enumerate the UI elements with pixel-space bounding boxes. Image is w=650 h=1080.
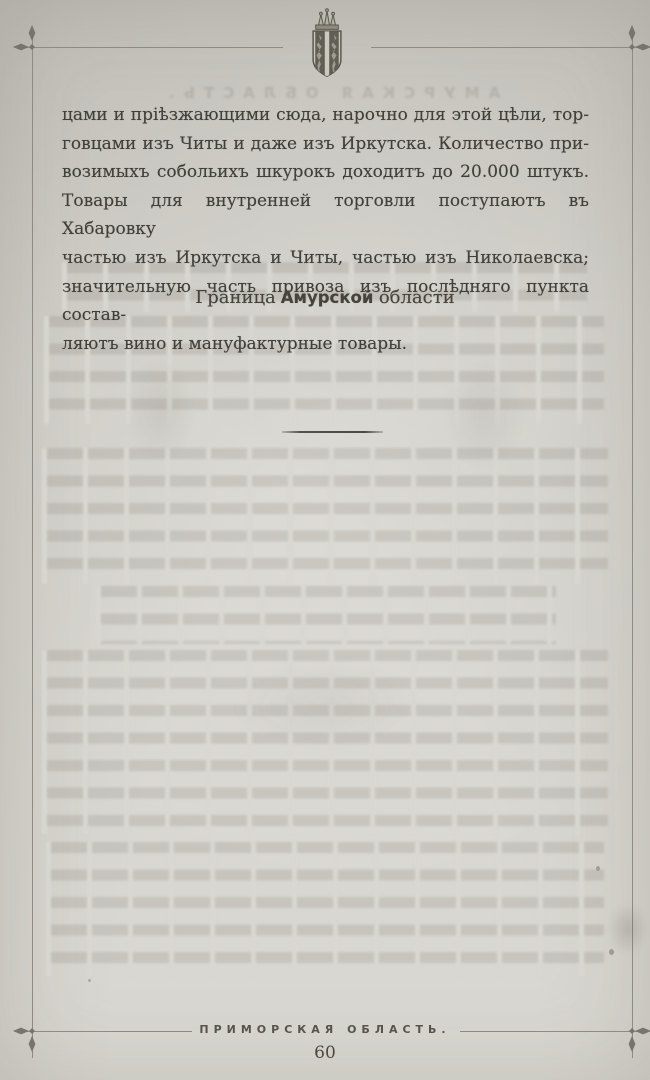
frame-rule-top-left xyxy=(18,47,283,48)
corner-ornament-icon xyxy=(13,44,29,51)
body-line: возимыхъ собольихъ шкурокъ доходитъ до 2… xyxy=(62,158,589,187)
body-paragraph: цами и пріѣзжающими сюда, нарочно для эт… xyxy=(62,101,589,358)
body-line: цами и пріѣзжающими сюда, нарочно для эт… xyxy=(62,101,589,130)
body-line: ляютъ вино и мануфактурные товары. xyxy=(62,330,589,359)
paper-stain xyxy=(190,640,460,770)
body-line: говцами изъ Читы и даже изъ Иркутска. Ко… xyxy=(62,130,589,159)
frame-rule-top-right xyxy=(371,47,646,48)
corner-ornament-icon xyxy=(29,25,36,41)
heading-text: Граница xyxy=(195,287,275,308)
paper-speck xyxy=(88,979,91,982)
heading-text: области xyxy=(379,287,455,308)
paper-speck xyxy=(596,866,600,871)
running-title: ПРИМОРСКАЯ ОБЛАСТЬ. xyxy=(0,1023,650,1036)
divider-rule xyxy=(282,431,383,433)
page-number: 60 xyxy=(0,1043,650,1063)
body-line: Товары для внутренней торговли поступают… xyxy=(62,187,589,244)
corner-ornament-icon xyxy=(629,44,635,50)
section-heading: ГраницаАмурскойобласти xyxy=(0,287,650,308)
corner-ornament-icon xyxy=(629,25,636,41)
corner-ornament-icon xyxy=(635,44,650,51)
paper-stain xyxy=(428,338,540,493)
body-line: частью изъ Иркутска и Читы, частью изъ Н… xyxy=(62,244,589,273)
bleed-through-paragraph xyxy=(46,842,604,976)
heading-emphasis: Амурской xyxy=(281,288,374,307)
paper-stain xyxy=(600,893,650,965)
book-page: АМУРСКАЯ ОБЛАСТЬ. цами и пріѣзжающими сю… xyxy=(0,0,650,1080)
coat-of-arms xyxy=(299,5,355,85)
paper-speck xyxy=(609,949,614,955)
bleed-through-header: АМУРСКАЯ ОБЛАСТЬ. xyxy=(150,84,510,102)
frame-rule-left xyxy=(32,28,33,1058)
corner-ornament-icon xyxy=(29,44,35,50)
bleed-through-paragraph xyxy=(96,586,556,644)
